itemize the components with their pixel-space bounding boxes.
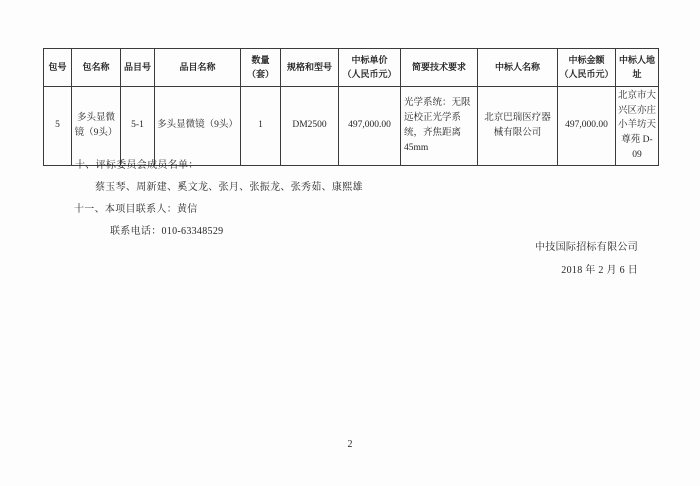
committee-members: 蔡玉琴、周新建、奚文龙、张月、张振龙、张秀茹、康熙雄	[95, 178, 363, 193]
contact-phone: 联系电话：010-63348529	[110, 222, 223, 237]
company-signature: 中技国际招标有限公司	[535, 238, 638, 253]
cell-spec-model: DM2500	[281, 87, 339, 166]
col-header-spec-model: 规格和型号	[281, 49, 339, 87]
col-header-item-no: 品目号	[121, 49, 155, 87]
signature-date: 2018 年 2 月 6 日	[561, 261, 638, 276]
col-header-tech-requirements: 简要技术要求	[401, 49, 478, 87]
col-header-winner-name: 中标人名称	[478, 49, 558, 87]
cell-item-no: 5-1	[121, 87, 155, 166]
cell-package-no: 5	[44, 87, 72, 166]
col-header-quantity: 数量 （套）	[241, 49, 281, 87]
cell-winner-address: 北京市大兴区亦庄小羊坊天尊苑 D-09	[616, 87, 659, 166]
cell-item-name: 多头显微镜（9头）	[155, 87, 241, 166]
award-result-table: 包号 包名称 品目号 品目名称 数量 （套） 规格和型号 中标单价 （人民币元）…	[43, 48, 659, 166]
table-row: 5 多头显微镜（9头） 5-1 多头显微镜（9头） 1 DM2500 497,0…	[44, 87, 659, 166]
cell-unit-price: 497,000.00	[339, 87, 401, 166]
col-header-item-name: 品目名称	[155, 49, 241, 87]
col-header-award-amount: 中标金额 （人民币元）	[558, 49, 616, 87]
cell-quantity: 1	[241, 87, 281, 166]
col-header-unit-price: 中标单价 （人民币元）	[339, 49, 401, 87]
col-header-winner-address: 中标人地址	[616, 49, 659, 87]
cell-package-name: 多头显微镜（9头）	[72, 87, 121, 166]
cell-tech-requirements: 光学系统：无限远校正光学系统，齐焦距离 45mm	[401, 87, 478, 166]
table-header-row: 包号 包名称 品目号 品目名称 数量 （套） 规格和型号 中标单价 （人民币元）…	[44, 49, 659, 87]
document-page: 包号 包名称 品目号 品目名称 数量 （套） 规格和型号 中标单价 （人民币元）…	[0, 0, 700, 486]
contact-heading: 十一、本项目联系人：黄信	[74, 200, 198, 215]
col-header-package-name: 包名称	[72, 49, 121, 87]
cell-winner-name: 北京巴瑞医疗器械有限公司	[478, 87, 558, 166]
col-header-package-no: 包号	[44, 49, 72, 87]
cell-award-amount: 497,000.00	[558, 87, 616, 166]
committee-heading: 十、评标委员会成员名单：	[75, 156, 199, 171]
page-number: 2	[0, 439, 700, 450]
